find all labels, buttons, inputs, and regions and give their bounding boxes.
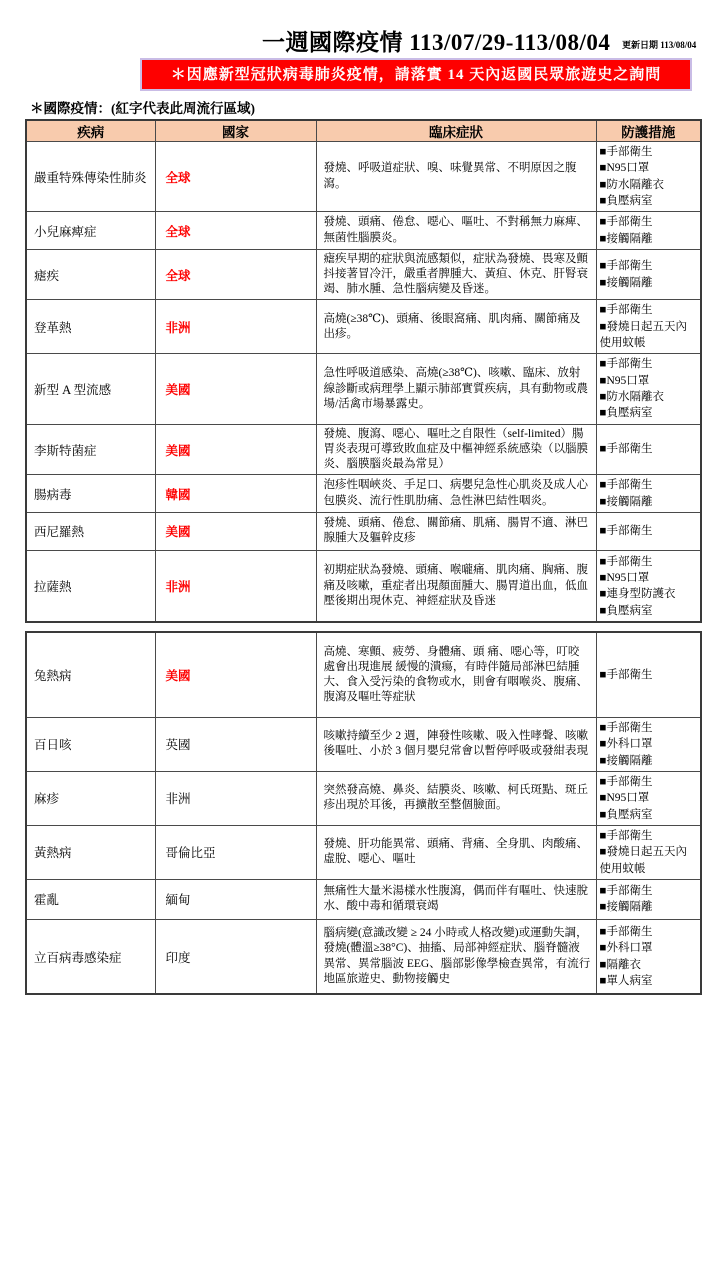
protection-item: ■負壓病室 bbox=[600, 405, 699, 421]
disease-name: 霍亂 bbox=[26, 879, 155, 919]
table-row: 黃熱病哥倫比亞發燒、肝功能異常、頭痛、背痛、全身肌、肉酸痛、虛脫、噁心、嘔吐■手… bbox=[26, 825, 701, 879]
country-name: 緬甸 bbox=[155, 879, 316, 919]
disease-name: 兔熱病 bbox=[26, 632, 155, 717]
table-header-row: 疾病 國家 臨床症狀 防護措施 bbox=[26, 120, 701, 142]
disease-name: 瘧疾 bbox=[26, 249, 155, 300]
protection-item: ■防水隔離衣 bbox=[600, 389, 699, 405]
clinical-symptoms: 急性呼吸道感染、高燒(≥38℃)、咳嗽、臨床、放射線診斷或病理學上顯示肺部實質疾… bbox=[316, 354, 596, 424]
clinical-symptoms: 高燒(≥38℃)、頭痛、後眼窩痛、肌肉痛、關節痛及出疹。 bbox=[316, 300, 596, 354]
protection-measures: ■手部衛生 bbox=[596, 632, 701, 717]
clinical-symptoms: 突然發高燒、鼻炎、結膜炎、咳嗽、柯氏斑點、斑丘疹出現於耳後，再擴散至整個臉面。 bbox=[316, 771, 596, 825]
table-row: 麻疹非洲突然發高燒、鼻炎、結膜炎、咳嗽、柯氏斑點、斑丘疹出現於耳後，再擴散至整個… bbox=[26, 771, 701, 825]
disease-name: 嚴重特殊傳染性肺炎 bbox=[26, 142, 155, 212]
disease-name: 麻疹 bbox=[26, 771, 155, 825]
protection-item: ■手部衛生 bbox=[600, 828, 699, 844]
country-name: 韓國 bbox=[155, 475, 316, 513]
country-name: 非洲 bbox=[155, 550, 316, 622]
protection-item: ■隔離衣 bbox=[600, 957, 699, 973]
table-row: 立百病毒感染症印度腦病變(意識改變 ≥ 24 小時或人格改變)或運動失調，發燒(… bbox=[26, 919, 701, 994]
protection-item: ■手部衛生 bbox=[600, 144, 699, 160]
protection-item: ■防水隔離衣 bbox=[600, 177, 699, 193]
table-row: 西尼羅熱美國發燒、頭痛、倦怠、關節痛、肌痛、腸胃不適、淋巴腺腫大及軀幹皮疹■手部… bbox=[26, 512, 701, 550]
protection-item: ■接觸隔離 bbox=[600, 494, 699, 510]
protection-item: ■手部衛生 bbox=[600, 302, 699, 318]
table-row: 百日咳英國咳嗽持續至少 2 週，陣發性咳嗽、吸入性哮聲、咳嗽後嘔吐、小於 3 個… bbox=[26, 717, 701, 771]
page-title: 一週國際疫情 113/07/29-113/08/04 bbox=[262, 24, 610, 57]
country-name: 美國 bbox=[155, 512, 316, 550]
country-name: 非洲 bbox=[155, 300, 316, 354]
epidemic-table-2: 兔熱病美國高燒、寒顫、疲勞、身體痛、頭 痛、噁心等，叮咬處會出現進展 緩慢的潰瘍… bbox=[25, 631, 702, 995]
protection-item: ■手部衛生 bbox=[600, 258, 699, 274]
table-row: 登革熱非洲高燒(≥38℃)、頭痛、後眼窩痛、肌肉痛、關節痛及出疹。■手部衛生■發… bbox=[26, 300, 701, 354]
column-header-country: 國家 bbox=[155, 120, 316, 142]
protection-measures: ■手部衛生 bbox=[596, 424, 701, 475]
protection-measures: ■手部衛生■外科口罩■隔離衣■單人病室 bbox=[596, 919, 701, 994]
protection-measures: ■手部衛生■接觸隔離 bbox=[596, 475, 701, 513]
protection-item: ■手部衛生 bbox=[600, 774, 699, 790]
clinical-symptoms: 咳嗽持續至少 2 週，陣發性咳嗽、吸入性哮聲、咳嗽後嘔吐、小於 3 個月嬰兒常會… bbox=[316, 717, 596, 771]
protection-item: ■接觸隔離 bbox=[600, 275, 699, 291]
protection-item: ■手部衛生 bbox=[600, 883, 699, 899]
protection-item: ■負壓病室 bbox=[600, 603, 699, 619]
protection-item: ■N95口罩 bbox=[600, 160, 699, 176]
update-date-label: 更新日期 113/08/04 bbox=[622, 38, 696, 51]
disease-name: 小兒麻痺症 bbox=[26, 212, 155, 250]
country-name: 英國 bbox=[155, 717, 316, 771]
table-row: 新型 A 型流感美國急性呼吸道感染、高燒(≥38℃)、咳嗽、臨床、放射線診斷或病… bbox=[26, 354, 701, 424]
disease-name: 腸病毒 bbox=[26, 475, 155, 513]
protection-item: ■手部衛生 bbox=[600, 924, 699, 940]
protection-measures: ■手部衛生■接觸隔離 bbox=[596, 212, 701, 250]
protection-measures: ■手部衛生■N95口罩■負壓病室 bbox=[596, 771, 701, 825]
protection-item: ■外科口罩 bbox=[600, 736, 699, 752]
protection-item: ■手部衛生 bbox=[600, 441, 699, 457]
table-row: 李斯特菌症美國發燒、腹瀉、噁心、嘔吐之自限性（self-limited）腸胃炎表… bbox=[26, 424, 701, 475]
column-header-protection: 防護措施 bbox=[596, 120, 701, 142]
protection-item: ■N95口罩 bbox=[600, 790, 699, 806]
protection-measures: ■手部衛生■N95口罩■防水隔離衣■負壓病室 bbox=[596, 142, 701, 212]
clinical-symptoms: 發燒、肝功能異常、頭痛、背痛、全身肌、肉酸痛、虛脫、噁心、嘔吐 bbox=[316, 825, 596, 879]
country-name: 全球 bbox=[155, 212, 316, 250]
protection-item: ■手部衛生 bbox=[600, 214, 699, 230]
protection-item: ■接觸隔離 bbox=[600, 231, 699, 247]
protection-item: ■接觸隔離 bbox=[600, 899, 699, 915]
protection-item: ■發燒日起五天內使用蚊帳 bbox=[600, 319, 699, 352]
protection-item: ■外科口罩 bbox=[600, 940, 699, 956]
table-row: 嚴重特殊傳染性肺炎全球發燒、呼吸道症狀、嗅、味覺異常、不明原因之腹瀉。■手部衛生… bbox=[26, 142, 701, 212]
protection-item: ■手部衛生 bbox=[600, 667, 699, 683]
clinical-symptoms: 腦病變(意識改變 ≥ 24 小時或人格改變)或運動失調，發燒(體溫≥38°C)、… bbox=[316, 919, 596, 994]
disease-name: 百日咳 bbox=[26, 717, 155, 771]
table-row: 兔熱病美國高燒、寒顫、疲勞、身體痛、頭 痛、噁心等，叮咬處會出現進展 緩慢的潰瘍… bbox=[26, 632, 701, 717]
clinical-symptoms: 泡疹性咽峽炎、手足口、病嬰兒急性心肌炎及成人心包膜炎、流行性肌肋痛、急性淋巴結性… bbox=[316, 475, 596, 513]
table-row: 腸病毒韓國泡疹性咽峽炎、手足口、病嬰兒急性心肌炎及成人心包膜炎、流行性肌肋痛、急… bbox=[26, 475, 701, 513]
column-header-symptoms: 臨床症狀 bbox=[316, 120, 596, 142]
epidemic-table-1: 疾病 國家 臨床症狀 防護措施 嚴重特殊傳染性肺炎全球發燒、呼吸道症狀、嗅、味覺… bbox=[25, 119, 702, 623]
disease-name: 立百病毒感染症 bbox=[26, 919, 155, 994]
table-row: 瘧疾全球瘧疾早期的症狀與流感類似，症狀為發燒、畏寒及顫抖接著冒冷汗，嚴重者脾腫大… bbox=[26, 249, 701, 300]
protection-measures: ■手部衛生 bbox=[596, 512, 701, 550]
protection-item: ■手部衛生 bbox=[600, 356, 699, 372]
column-header-disease: 疾病 bbox=[26, 120, 155, 142]
country-name: 美國 bbox=[155, 424, 316, 475]
protection-item: ■連身型防護衣 bbox=[600, 586, 699, 602]
clinical-symptoms: 發燒、呼吸道症狀、嗅、味覺異常、不明原因之腹瀉。 bbox=[316, 142, 596, 212]
protection-measures: ■手部衛生■接觸隔離 bbox=[596, 879, 701, 919]
protection-item: ■發燒日起五天內使用蚊帳 bbox=[600, 844, 699, 877]
disease-name: 拉薩熱 bbox=[26, 550, 155, 622]
country-name: 印度 bbox=[155, 919, 316, 994]
protection-item: ■負壓病室 bbox=[600, 807, 699, 823]
disease-name: 登革熱 bbox=[26, 300, 155, 354]
country-name: 美國 bbox=[155, 632, 316, 717]
clinical-symptoms: 無痛性大量米湯樣水性腹瀉，偶而伴有嘔吐、快速脫水、酸中毒和循環衰竭 bbox=[316, 879, 596, 919]
section-label: ＊國際疫情：(紅字代表此周流行區域) bbox=[30, 97, 720, 117]
clinical-symptoms: 發燒、腹瀉、噁心、嘔吐之自限性（self-limited）腸胃炎表現可導致敗血症… bbox=[316, 424, 596, 475]
protection-item: ■負壓病室 bbox=[600, 193, 699, 209]
protection-item: ■接觸隔離 bbox=[600, 753, 699, 769]
table-row: 拉薩熱非洲初期症狀為發燒、頭痛、喉嚨痛、肌肉痛、胸痛、腹痛及咳嗽，重症者出現顏面… bbox=[26, 550, 701, 622]
protection-item: ■手部衛生 bbox=[600, 720, 699, 736]
protection-item: ■N95口罩 bbox=[600, 570, 699, 586]
protection-measures: ■手部衛生■發燒日起五天內使用蚊帳 bbox=[596, 300, 701, 354]
clinical-symptoms: 高燒、寒顫、疲勞、身體痛、頭 痛、噁心等，叮咬處會出現進展 緩慢的潰瘍，有時伴隨… bbox=[316, 632, 596, 717]
protection-measures: ■手部衛生■接觸隔離 bbox=[596, 249, 701, 300]
protection-measures: ■手部衛生■N95口罩■防水隔離衣■負壓病室 bbox=[596, 354, 701, 424]
disease-name: 黃熱病 bbox=[26, 825, 155, 879]
document-header: 一週國際疫情 113/07/29-113/08/04 更新日期 113/08/0… bbox=[0, 0, 720, 56]
table-row: 霍亂緬甸無痛性大量米湯樣水性腹瀉，偶而伴有嘔吐、快速脫水、酸中毒和循環衰竭■手部… bbox=[26, 879, 701, 919]
country-name: 美國 bbox=[155, 354, 316, 424]
country-name: 非洲 bbox=[155, 771, 316, 825]
protection-item: ■手部衛生 bbox=[600, 477, 699, 493]
table-row: 小兒麻痺症全球發燒、頭痛、倦怠、噁心、嘔吐、不對稱無力麻痺、無菌性腦膜炎。■手部… bbox=[26, 212, 701, 250]
disease-name: 新型 A 型流感 bbox=[26, 354, 155, 424]
country-name: 全球 bbox=[155, 249, 316, 300]
clinical-symptoms: 瘧疾早期的症狀與流感類似，症狀為發燒、畏寒及顫抖接著冒冷汗，嚴重者脾腫大、黃疸、… bbox=[316, 249, 596, 300]
protection-measures: ■手部衛生■發燒日起五天內使用蚊帳 bbox=[596, 825, 701, 879]
protection-item: ■手部衛生 bbox=[600, 523, 699, 539]
disease-name: 李斯特菌症 bbox=[26, 424, 155, 475]
protection-measures: ■手部衛生■N95口罩■連身型防護衣■負壓病室 bbox=[596, 550, 701, 622]
protection-item: ■N95口罩 bbox=[600, 373, 699, 389]
disease-name: 西尼羅熱 bbox=[26, 512, 155, 550]
country-name: 哥倫比亞 bbox=[155, 825, 316, 879]
protection-item: ■手部衛生 bbox=[600, 554, 699, 570]
protection-item: ■單人病室 bbox=[600, 973, 699, 989]
clinical-symptoms: 初期症狀為發燒、頭痛、喉嚨痛、肌肉痛、胸痛、腹痛及咳嗽，重症者出現顏面腫大、腸胃… bbox=[316, 550, 596, 622]
covid-alert-banner: ＊因應新型冠狀病毒肺炎疫情，請落實 14 天內返國民眾旅遊史之詢問 bbox=[140, 58, 692, 91]
clinical-symptoms: 發燒、頭痛、倦怠、關節痛、肌痛、腸胃不適、淋巴腺腫大及軀幹皮疹 bbox=[316, 512, 596, 550]
protection-measures: ■手部衛生■外科口罩■接觸隔離 bbox=[596, 717, 701, 771]
clinical-symptoms: 發燒、頭痛、倦怠、噁心、嘔吐、不對稱無力麻痺、無菌性腦膜炎。 bbox=[316, 212, 596, 250]
country-name: 全球 bbox=[155, 142, 316, 212]
